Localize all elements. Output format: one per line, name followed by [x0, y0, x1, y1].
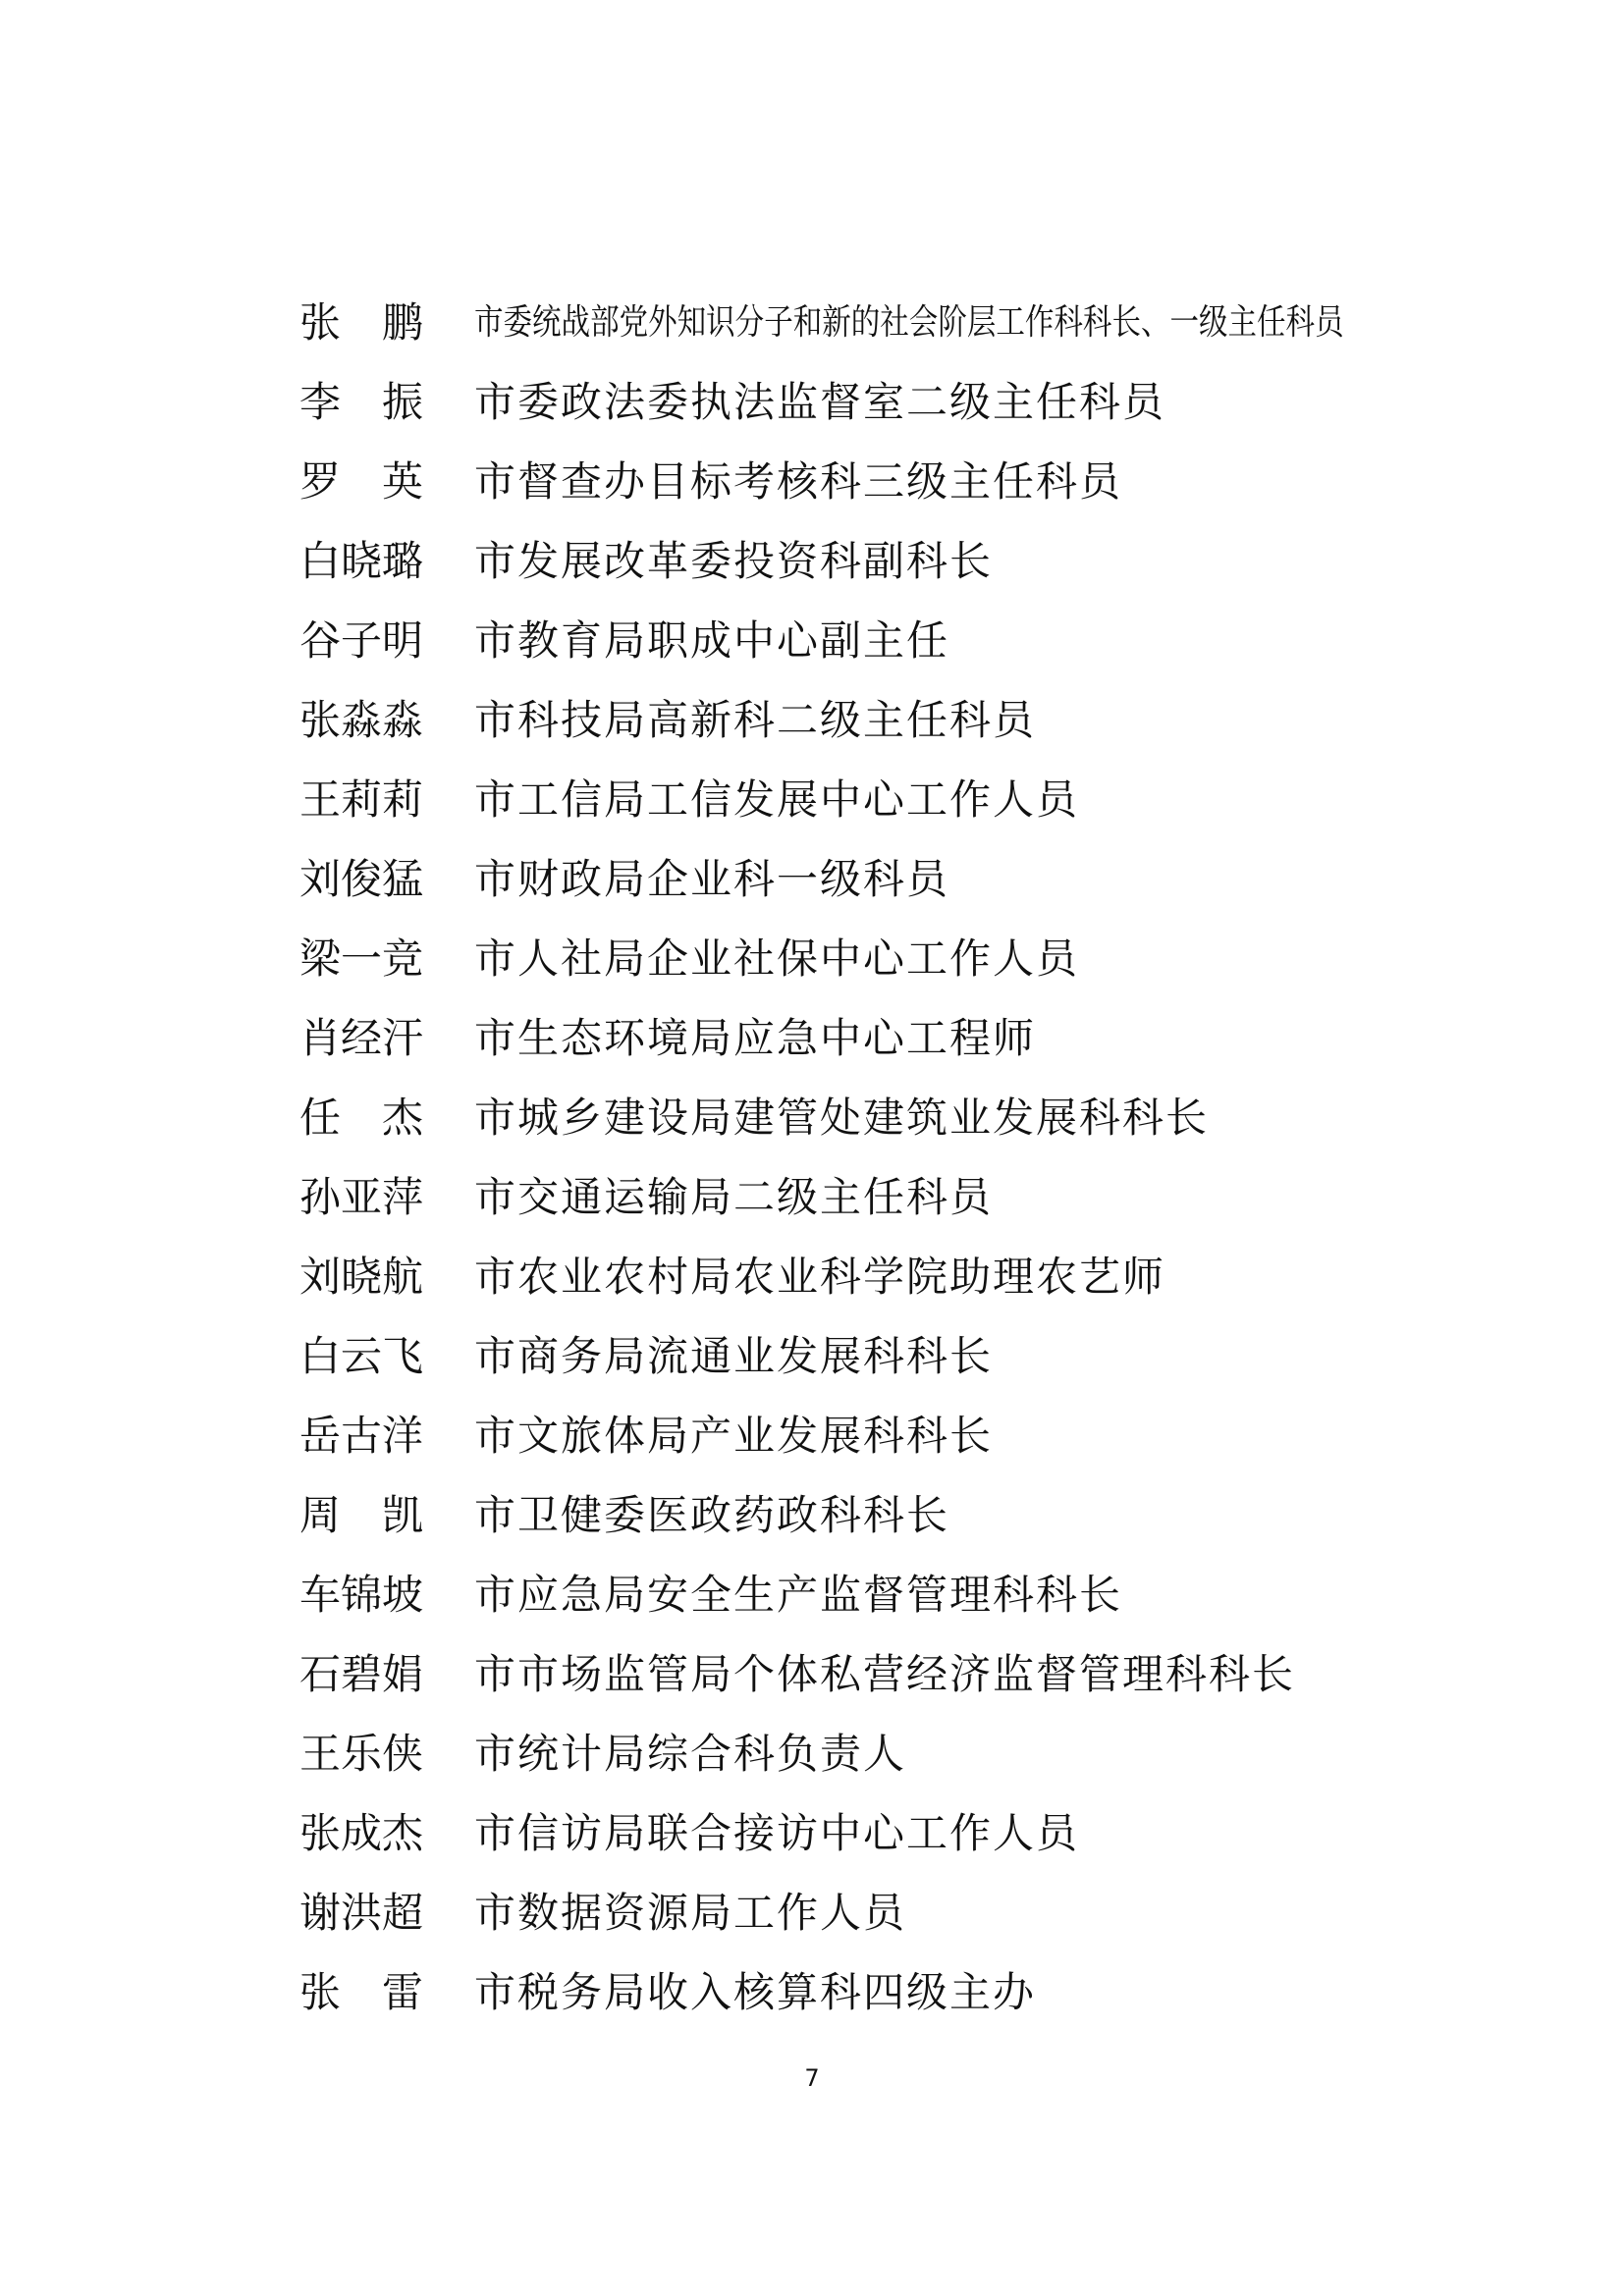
person-name: 谢洪超 — [299, 1881, 474, 1940]
list-item: 张淼淼市科技局高新科二级主任科员 — [299, 677, 474, 757]
person-position: 市发展改革委投资科副科长 — [474, 529, 993, 588]
list-item: 白云飞市商务局流通业发展科科长 — [299, 1313, 474, 1393]
person-position: 市交通运输局二级主任科员 — [474, 1165, 993, 1224]
person-position: 市应急局安全生产监督管理科科长 — [474, 1563, 1122, 1622]
person-position: 市数据资源局工作人员 — [474, 1881, 906, 1940]
list-item: 王莉莉市工信局工信发展中心工作人员 — [299, 757, 474, 836]
person-position: 市信访局联合接访中心工作人员 — [474, 1801, 1079, 1860]
list-item: 岳古洋市文旅体局产业发展科科长 — [299, 1393, 474, 1472]
list-item: 刘晓航市农业农村局农业科学院助理农艺师 — [299, 1234, 474, 1313]
person-name: 张 雷 — [299, 1960, 474, 2019]
person-position: 市工信局工信发展中心工作人员 — [474, 768, 1079, 827]
person-name: 白云飞 — [299, 1324, 474, 1383]
person-position: 市统计局综合科负责人 — [474, 1722, 906, 1781]
list-item: 刘俊猛市财政局企业科一级科员 — [299, 836, 474, 916]
person-name: 车锦坡 — [299, 1563, 474, 1622]
list-item: 车锦坡市应急局安全生产监督管理科科长 — [299, 1552, 474, 1631]
person-name: 刘俊猛 — [299, 847, 474, 906]
person-name: 张 鹏 — [299, 291, 474, 349]
person-name: 孙亚萍 — [299, 1165, 474, 1224]
person-name: 李 振 — [299, 370, 474, 429]
list-item: 王乐侠市统计局综合科负责人 — [299, 1711, 474, 1790]
page-number: 7 — [0, 2064, 1624, 2092]
person-position: 市税务局收入核算科四级主办 — [474, 1960, 1036, 2019]
list-item: 张 雷市税务局收入核算科四级主办 — [299, 1949, 474, 2029]
person-position: 市生态环境局应急中心工程师 — [474, 1006, 1036, 1065]
person-name: 张淼淼 — [299, 688, 474, 747]
person-position: 市市场监管局个体私营经济监督管理科科长 — [474, 1642, 1295, 1701]
person-position: 市商务局流通业发展科科长 — [474, 1324, 993, 1383]
document-page: 张 鹏市委统战部党外知识分子和新的社会阶层工作科科长、一级主任科员李 振市委政法… — [0, 0, 1624, 2296]
person-position: 市城乡建设局建管处建筑业发展科科长 — [474, 1086, 1209, 1145]
person-name: 王乐侠 — [299, 1722, 474, 1781]
person-name: 王莉莉 — [299, 768, 474, 827]
person-name: 周 凯 — [299, 1483, 474, 1542]
list-item: 任 杰市城乡建设局建管处建筑业发展科科长 — [299, 1075, 474, 1154]
person-name: 谷子明 — [299, 609, 474, 667]
list-item: 张成杰市信访局联合接访中心工作人员 — [299, 1790, 474, 1870]
person-name: 任 杰 — [299, 1086, 474, 1145]
list-item: 周 凯市卫健委医政药政科科长 — [299, 1472, 474, 1552]
list-item: 梁一竞市人社局企业社保中心工作人员 — [299, 916, 474, 995]
list-item: 罗 英市督查办目标考核科三级主任科员 — [299, 439, 474, 518]
person-name: 石碧娟 — [299, 1642, 474, 1701]
person-name: 肖经汗 — [299, 1006, 474, 1065]
list-item: 孙亚萍市交通运输局二级主任科员 — [299, 1154, 474, 1234]
person-position: 市人社局企业社保中心工作人员 — [474, 927, 1079, 986]
person-position: 市委统战部党外知识分子和新的社会阶层工作科科长、一级主任科员 — [474, 294, 1344, 345]
person-position: 市科技局高新科二级主任科员 — [474, 688, 1036, 747]
person-position: 市卫健委医政药政科科长 — [474, 1483, 949, 1542]
person-name: 张成杰 — [299, 1801, 474, 1860]
person-name: 刘晓航 — [299, 1245, 474, 1304]
list-item: 白晓璐市发展改革委投资科副科长 — [299, 518, 474, 598]
person-position: 市农业农村局农业科学院助理农艺师 — [474, 1245, 1165, 1304]
person-position: 市文旅体局产业发展科科长 — [474, 1404, 993, 1463]
list-item: 谷子明市教育局职成中心副主任 — [299, 598, 474, 677]
list-item: 张 鹏市委统战部党外知识分子和新的社会阶层工作科科长、一级主任科员 — [299, 280, 474, 359]
person-name: 罗 英 — [299, 450, 474, 508]
person-name: 梁一竞 — [299, 927, 474, 986]
list-item: 谢洪超市数据资源局工作人员 — [299, 1870, 474, 1949]
person-position: 市教育局职成中心副主任 — [474, 609, 949, 667]
person-name: 岳古洋 — [299, 1404, 474, 1463]
person-position: 市财政局企业科一级科员 — [474, 847, 949, 906]
person-position: 市督查办目标考核科三级主任科员 — [474, 450, 1122, 508]
list-item: 石碧娟市市场监管局个体私营经济监督管理科科长 — [299, 1631, 474, 1711]
list-item: 李 振市委政法委执法监督室二级主任科员 — [299, 359, 474, 439]
person-name: 白晓璐 — [299, 529, 474, 588]
list-item: 肖经汗市生态环境局应急中心工程师 — [299, 995, 474, 1075]
person-position: 市委政法委执法监督室二级主任科员 — [474, 370, 1165, 429]
